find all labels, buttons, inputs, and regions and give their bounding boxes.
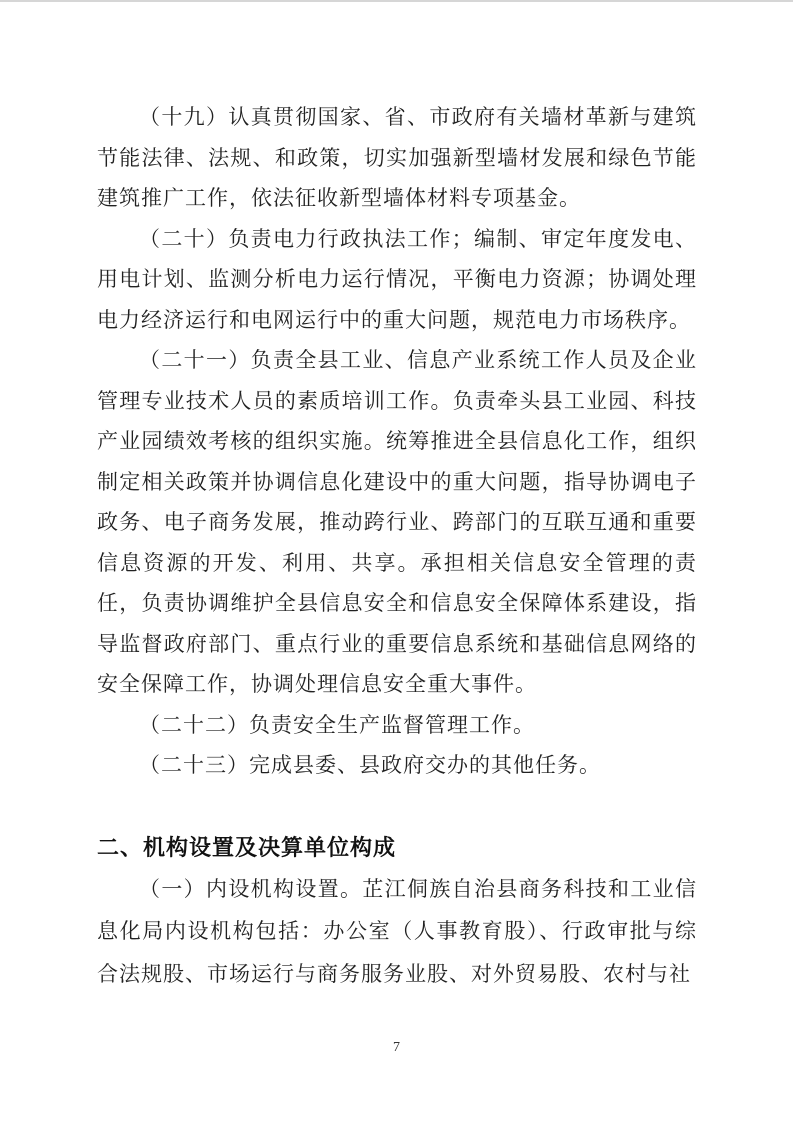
paragraph-item-19: （十九）认真贯彻国家、省、市政府有关墙材革新与建筑节能法律、法规、和政策，切实加… xyxy=(97,97,697,219)
paragraph-item-21: （二十一）负责全县工业、信息产业系统工作人员及企业管理专业技术人员的素质培训工作… xyxy=(97,340,697,705)
paragraph-item-20: （二十）负责电力行政执法工作；编制、审定年度发电、用电计划、监测分析电力运行情况… xyxy=(97,219,697,341)
paragraph-item-section2-1: （一）内设机构设置。芷江侗族自治县商务科技和工业信息化局内设机构包括：办公室（人… xyxy=(97,868,697,996)
paragraph-item-22: （二十二）负责安全生产监督管理工作。 xyxy=(97,705,697,746)
section-heading: 二、机构设置及决算单位构成 xyxy=(97,828,697,868)
paragraph-item-23: （二十三）完成县委、县政府交办的其他任务。 xyxy=(97,745,697,786)
document-body: （十九）认真贯彻国家、省、市政府有关墙材革新与建筑节能法律、法规、和政策，切实加… xyxy=(97,97,697,995)
page-number: 7 xyxy=(0,1040,793,1056)
document-page: （十九）认真贯彻国家、省、市政府有关墙材革新与建筑节能法律、法规、和政策，切实加… xyxy=(0,0,793,1122)
